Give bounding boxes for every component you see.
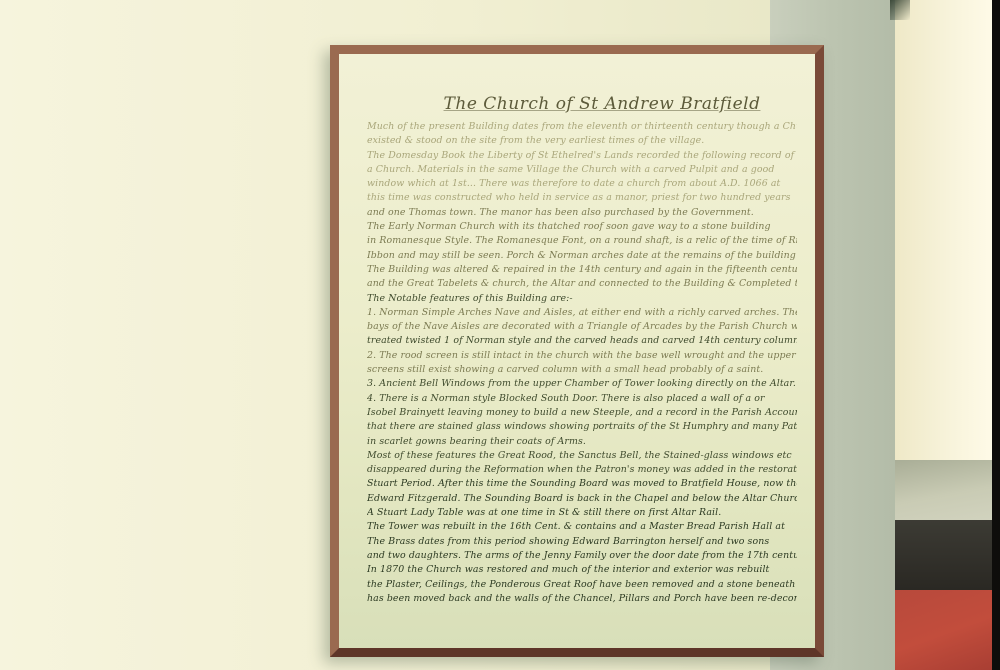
document-line: The Tower was rebuilt in the 16th Cent. … [367, 520, 797, 534]
document-line: In 1870 the Church was restored and much… [367, 563, 797, 577]
document-line: and one Thomas town. The manor has been … [367, 206, 797, 220]
document-line: disappeared during the Reformation when … [367, 463, 797, 477]
document-title: The Church of St Andrew Bratfield [407, 94, 797, 114]
document-body: Much of the present Building dates from … [367, 120, 797, 606]
document-line: The Domesday Book the Liberty of St Ethe… [367, 149, 797, 163]
document-line: The Brass dates from this period showing… [367, 535, 797, 549]
document-line: treated twisted 1 of Norman style and th… [367, 334, 797, 348]
document-line: The Early Norman Church with its thatche… [367, 220, 797, 234]
document-line: The Notable features of this Building ar… [367, 292, 797, 306]
document-line: 3. Ancient Bell Windows from the upper C… [367, 377, 797, 391]
document-line: Ibbon and may still be seen. Porch & Nor… [367, 249, 797, 263]
document-line: the Plaster, Ceilings, the Ponderous Gre… [367, 578, 797, 592]
document-line: Much of the present Building dates from … [367, 120, 797, 134]
photo-edge [992, 0, 1000, 670]
document-line: 4. There is a Norman style Blocked South… [367, 392, 797, 406]
document-line: Stuart Period. After this time the Sound… [367, 477, 797, 491]
document-line: that there are stained glass windows sho… [367, 420, 797, 434]
pillar-top-shadow [890, 0, 910, 20]
document-line: screens still exist showing a carved col… [367, 363, 797, 377]
document-line: The Building was altered & repaired in t… [367, 263, 797, 277]
document-line: existed & stood on the site from the ver… [367, 134, 797, 148]
handwritten-document: The Church of St Andrew Bratfield Much o… [339, 54, 815, 648]
document-line: in Romanesque Style. The Romanesque Font… [367, 234, 797, 248]
document-line: a Church. Materials in the same Village … [367, 163, 797, 177]
wooden-frame: The Church of St Andrew Bratfield Much o… [330, 45, 824, 657]
document-line: this time was constructed who held in se… [367, 191, 797, 205]
document-line: in scarlet gowns bearing their coats of … [367, 435, 797, 449]
document-line: Most of these features the Great Rood, t… [367, 449, 797, 463]
document-line: and the Great Tabelets & church, the Alt… [367, 277, 797, 291]
document-line: A Stuart Lady Table was at one time in S… [367, 506, 797, 520]
document-line: 2. The rood screen is still intact in th… [367, 349, 797, 363]
document-line: Isobel Brainyett leaving money to build … [367, 406, 797, 420]
document-line: and two daughters. The arms of the Jenny… [367, 549, 797, 563]
document-line: window which at 1st... There was therefo… [367, 177, 797, 191]
document-line: 1. Norman Simple Arches Nave and Aisles,… [367, 306, 797, 320]
document-line: Edward Fitzgerald. The Sounding Board is… [367, 492, 797, 506]
document-line: bays of the Nave Aisles are decorated wi… [367, 320, 797, 334]
document-line: has been moved back and the walls of the… [367, 592, 797, 606]
